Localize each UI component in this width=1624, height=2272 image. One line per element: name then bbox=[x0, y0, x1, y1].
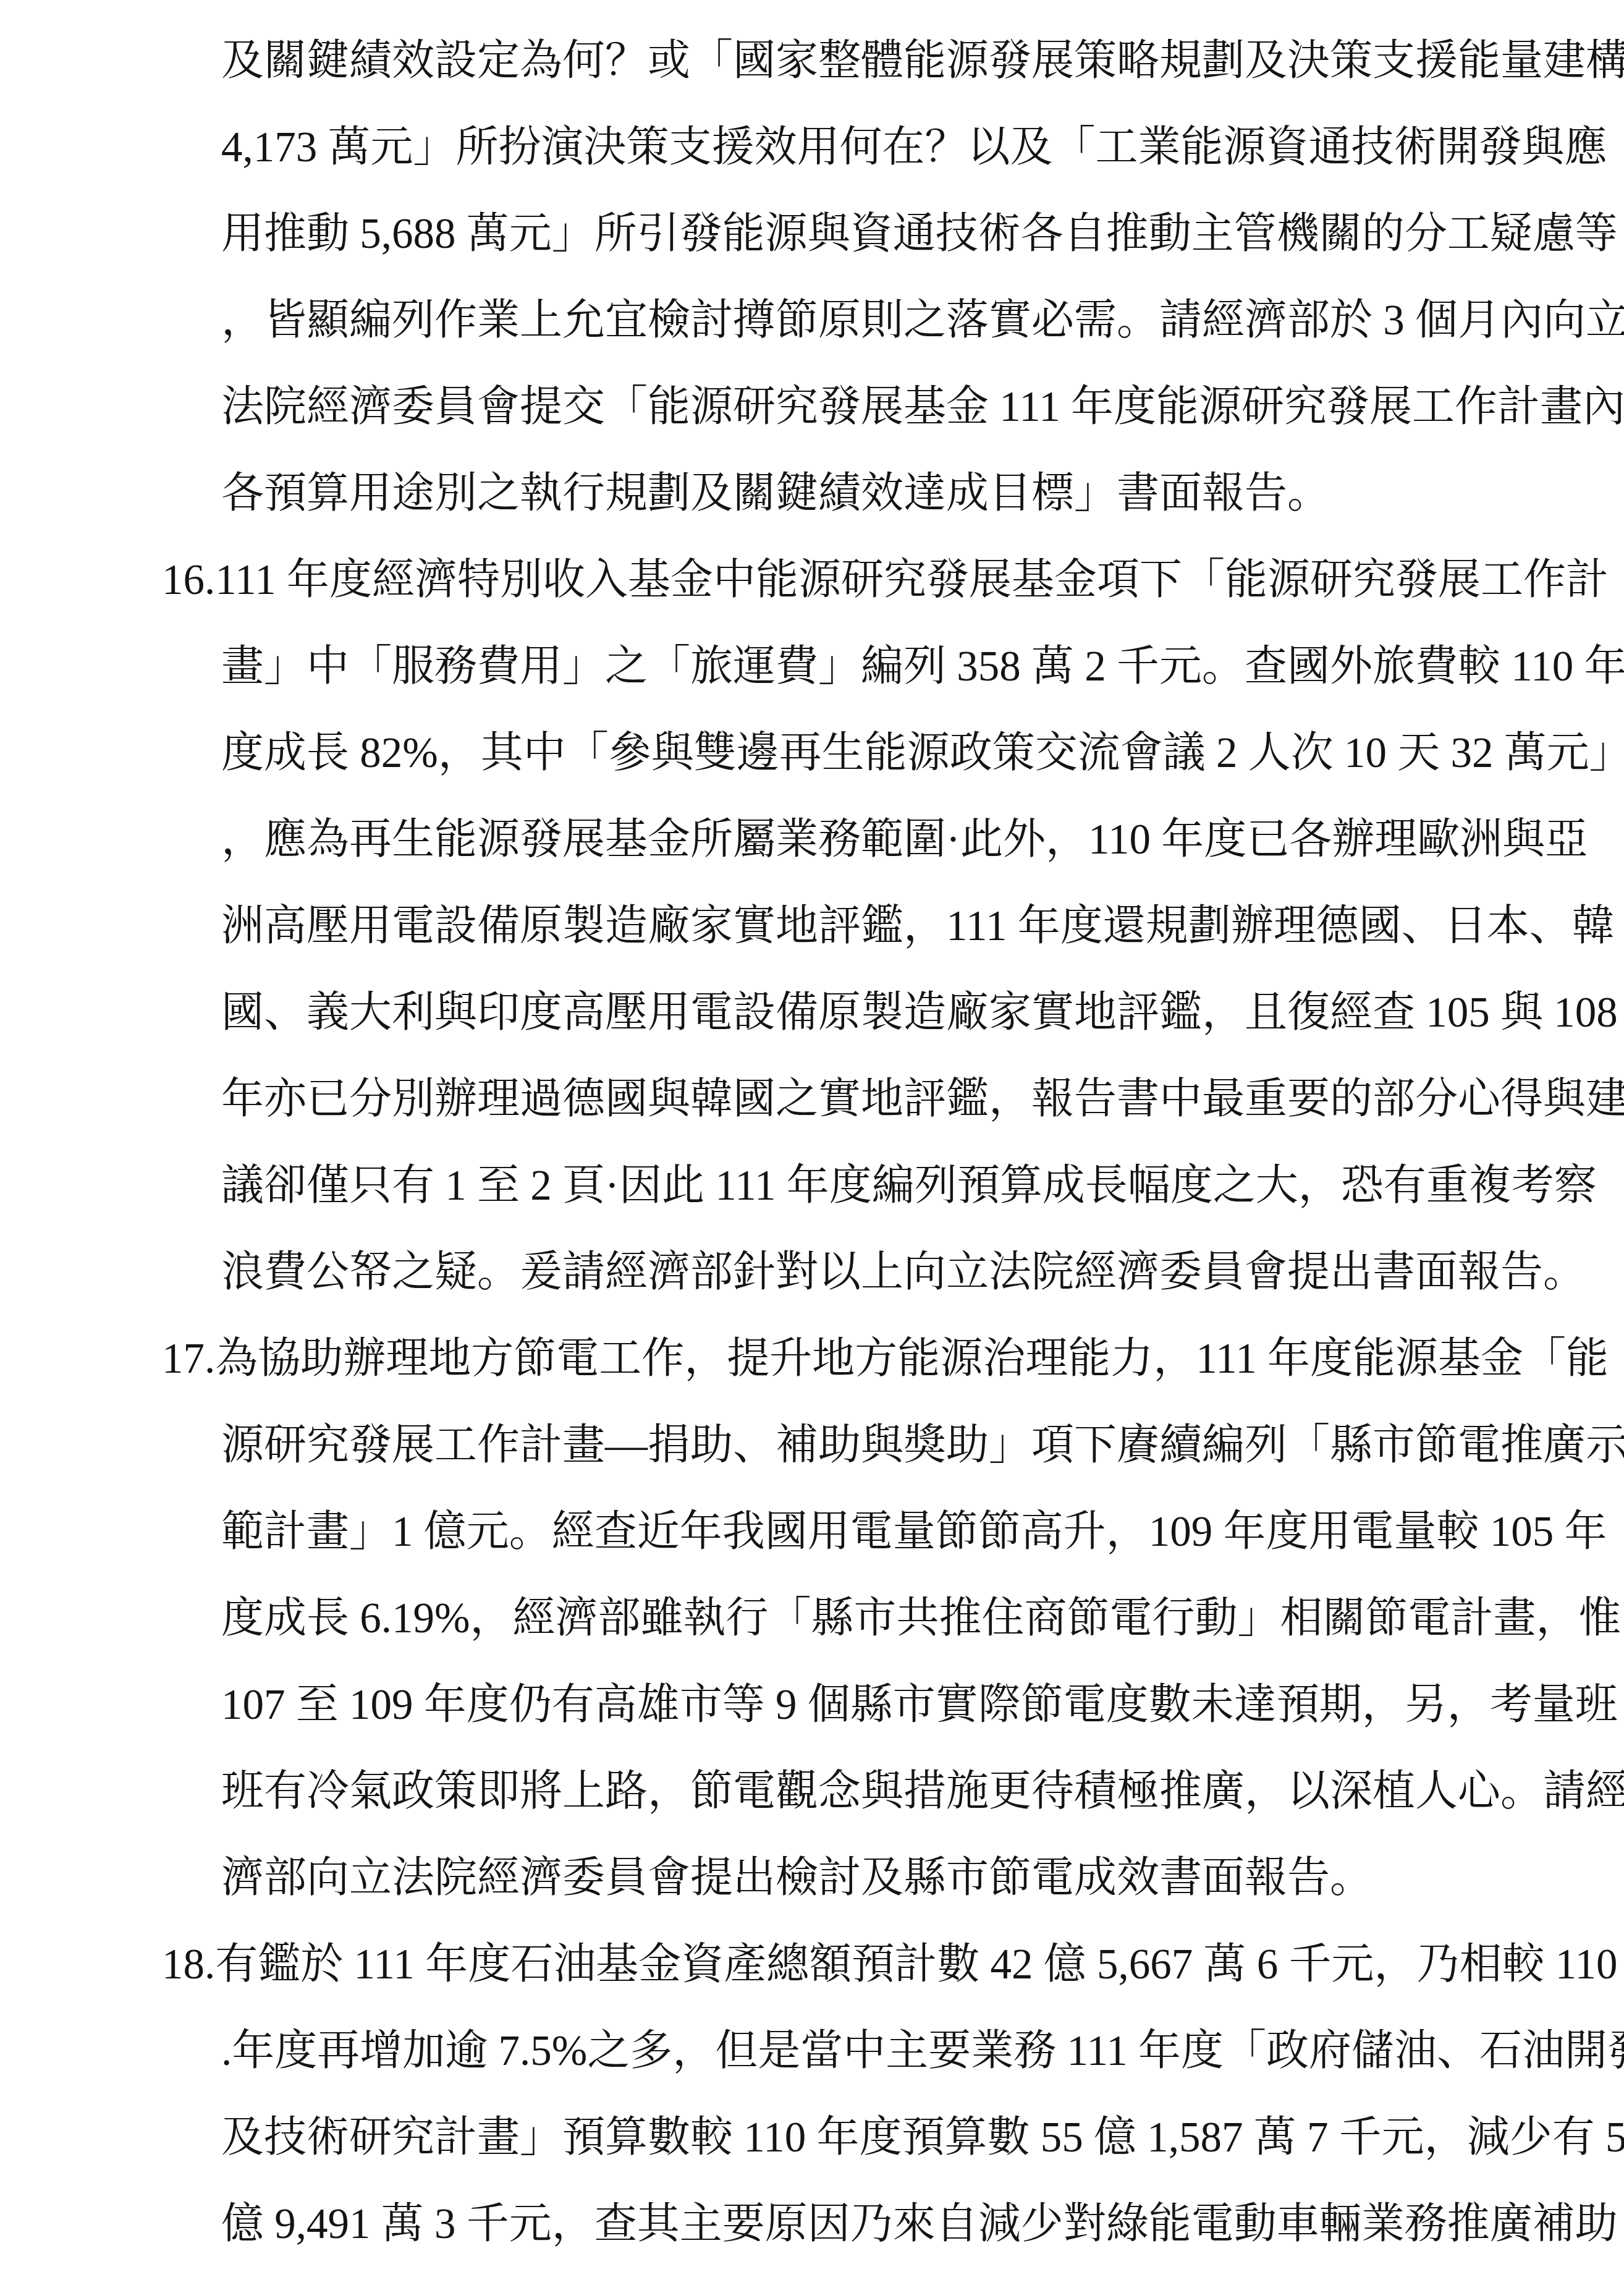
text-line: .年度再增加逾 7.5%之多，但是當中主要業務 111 年度「政府儲油、石油開發 bbox=[221, 2007, 1586, 2094]
text-line: 法院經濟委員會提交「能源研究發展基金 111 年度能源研究發展工作計畫內 bbox=[221, 363, 1586, 450]
text-line-item-18: 18.有鑑於 111 年度石油基金資產總額預計數 42 億 5,667 萬 6 … bbox=[162, 1921, 1586, 2007]
text-line: 及關鍵績效設定為何？或「國家整體能源發展策略規劃及決策支援能量建構 bbox=[221, 17, 1586, 104]
text-line: 及技術研究計畫」預算數較 110 年度預算數 55 億 1,587 萬 7 千元… bbox=[221, 2094, 1586, 2181]
text-line: ，應為再生能源發展基金所屬業務範圍·此外，110 年度已各辦理歐洲與亞 bbox=[221, 796, 1586, 883]
text-line: 班有冷氣政策即將上路，節電觀念與措施更待積極推廣，以深植人心。請經 bbox=[221, 1748, 1586, 1834]
text-line: 畫」中「服務費用」之「旅運費」編列 358 萬 2 千元。查國外旅費較 110 … bbox=[221, 623, 1586, 710]
text-line: 範計畫」1 億元。經查近年我國用電量節節高升，109 年度用電量較 105 年 bbox=[221, 1488, 1586, 1575]
text-line-item-16: 16.111 年度經濟特別收入基金中能源研究發展基金項下「能源研究發展工作計 bbox=[162, 536, 1586, 623]
text-line: 度成長 82%，其中「參與雙邊再生能源政策交流會議 2 人次 10 天 32 萬… bbox=[221, 710, 1586, 796]
text-line: 107 至 109 年度仍有高雄市等 9 個縣市實際節電度數未達預期，另，考量班 bbox=[221, 1661, 1586, 1748]
document-page: 及關鍵績效設定為何？或「國家整體能源發展策略規劃及決策支援能量建構 4,173 … bbox=[0, 0, 1624, 2272]
text-line: 億 9,491 萬 3 千元，查其主要原因乃來自減少對綠能電動車輛業務推廣補助 bbox=[221, 2181, 1586, 2267]
text-line-paragraph-end: 浪費公帑之疑。爰請經濟部針對以上向立法院經濟委員會提出書面報告。 bbox=[221, 1229, 1586, 1315]
text-line: 洲高壓用電設備原製造廠家實地評鑑，111 年度還規劃辦理德國、日本、韓 bbox=[221, 883, 1586, 969]
text-line: 源研究發展工作計畫—捐助、補助與獎助」項下賡續編列「縣市節電推廣示 bbox=[221, 1402, 1586, 1488]
document-text-block: 及關鍵績效設定為何？或「國家整體能源發展策略規劃及決策支援能量建構 4,173 … bbox=[0, 17, 1624, 2267]
text-line: 用推動 5,688 萬元」所引發能源與資通技術各自推動主管機關的分工疑慮等 bbox=[221, 190, 1586, 277]
text-line: 4,173 萬元」所扮演決策支援效用何在？以及「工業能源資通技術開發與應 bbox=[221, 104, 1586, 190]
text-line-paragraph-end: 濟部向立法院經濟委員會提出檢討及縣市節電成效書面報告。 bbox=[221, 1834, 1586, 1921]
text-line: 年亦已分別辦理過德國與韓國之實地評鑑，報告書中最重要的部分心得與建 bbox=[221, 1056, 1586, 1142]
text-line: 議卻僅只有 1 至 2 頁·因此 111 年度編列預算成長幅度之大，恐有重複考察 bbox=[221, 1142, 1586, 1229]
text-line: 度成長 6.19%，經濟部雖執行「縣市共推住商節電行動」相關節電計畫，惟 bbox=[221, 1575, 1586, 1661]
text-line-paragraph-end: 各預算用途別之執行規劃及關鍵績效達成目標」書面報告。 bbox=[221, 450, 1586, 536]
text-line: ，皆顯編列作業上允宜檢討撙節原則之落實必需。請經濟部於 3 個月內向立 bbox=[221, 277, 1586, 363]
text-line: 國、義大利與印度高壓用電設備原製造廠家實地評鑑，且復經查 105 與 108 bbox=[221, 969, 1586, 1056]
text-line-item-17: 17.為協助辦理地方節電工作，提升地方能源治理能力，111 年度能源基金「能 bbox=[162, 1315, 1586, 1402]
